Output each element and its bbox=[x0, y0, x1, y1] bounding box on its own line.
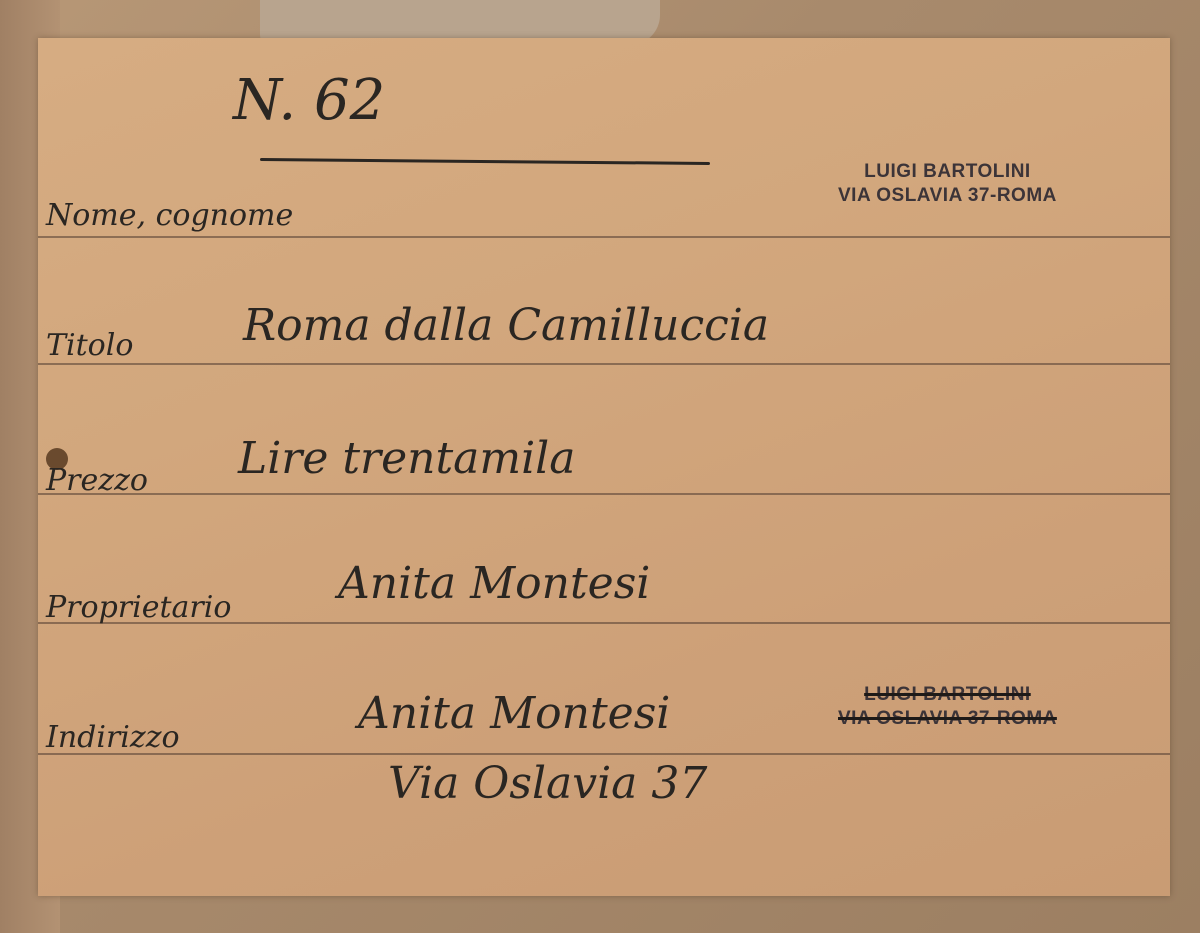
card-number: N. 62 bbox=[233, 68, 385, 133]
stamp-bottom-line2: VIA OSLAVIA 37-ROMA bbox=[838, 708, 1057, 729]
number-underline bbox=[260, 158, 710, 165]
stamp-top-line1: LUIGI BARTOLINI bbox=[838, 160, 1057, 184]
field-label-price: Prezzo bbox=[46, 463, 148, 498]
field-label-name: Nome, cognome bbox=[46, 198, 293, 233]
stamp-top-line2: VIA OSLAVIA 37-ROMA bbox=[838, 184, 1057, 208]
stamp-bottom-crossed: LUIGI BARTOLINI VIA OSLAVIA 37-ROMA bbox=[838, 683, 1057, 731]
rule-line bbox=[38, 236, 1170, 238]
field-value-title: Roma dalla Camilluccia bbox=[243, 300, 769, 351]
label-card: N. 62 LUIGI BARTOLINI VIA OSLAVIA 37-ROM… bbox=[38, 38, 1170, 896]
field-label-owner: Proprietario bbox=[46, 590, 231, 625]
field-value-owner: Anita Montesi bbox=[338, 558, 650, 609]
stamp-top: LUIGI BARTOLINI VIA OSLAVIA 37-ROMA bbox=[838, 160, 1057, 208]
field-value-price: Lire trentamila bbox=[238, 433, 575, 484]
rule-line bbox=[38, 363, 1170, 365]
stamp-bottom-line1: LUIGI BARTOLINI bbox=[864, 684, 1031, 705]
rule-line bbox=[38, 493, 1170, 495]
field-label-address: Indirizzo bbox=[46, 720, 180, 755]
field-label-title: Titolo bbox=[46, 328, 133, 363]
rule-line bbox=[38, 753, 1170, 755]
field-value-address: Anita Montesi bbox=[358, 688, 670, 739]
field-value-address-line2: Via Oslavia 37 bbox=[388, 758, 707, 809]
